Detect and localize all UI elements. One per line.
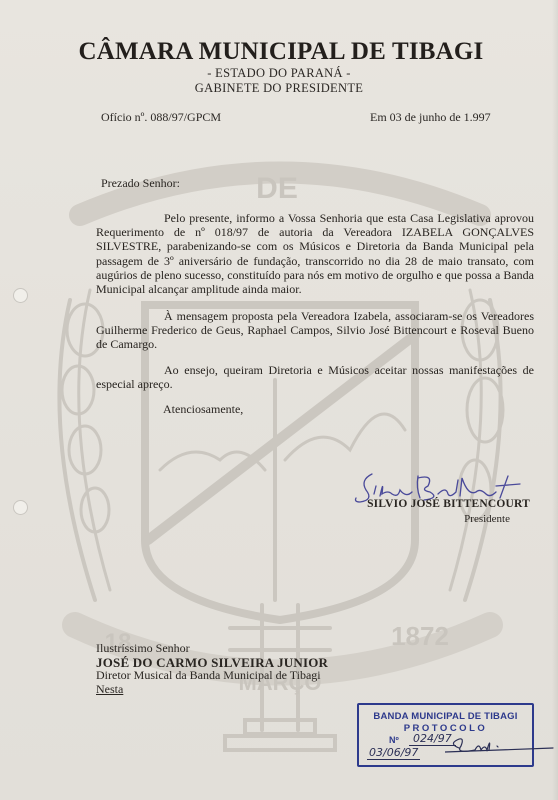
institution-title: CÂMARA MUNICIPAL DE TIBAGI bbox=[4, 38, 558, 66]
office-reference: Ofício nº. 088/97/GPCM bbox=[101, 110, 221, 125]
svg-text:DE: DE bbox=[256, 172, 298, 205]
state-line: - ESTADO DO PARANÁ - bbox=[0, 66, 558, 81]
signer-name: SILVIO JOSÉ BITTENCOURT bbox=[350, 498, 530, 510]
signer-role: Presidente bbox=[430, 513, 510, 525]
closing: Atenciosamente, bbox=[163, 402, 243, 417]
letterhead: CÂMARA MUNICIPAL DE TIBAGI - ESTADO DO P… bbox=[0, 38, 558, 96]
letter-date: Em 03 de junho de 1.997 bbox=[370, 110, 491, 125]
office-line: GABINETE DO PRESIDENTE bbox=[0, 81, 558, 96]
stamp-number-label: Nº bbox=[389, 735, 399, 745]
letter-page: DE 18 1872 MARÇO CÂMARA MUNICIPAL DE TIB… bbox=[0, 0, 558, 800]
recipient-greeting: Ilustríssimo Senhor bbox=[96, 642, 328, 656]
svg-text:1872: 1872 bbox=[391, 621, 449, 651]
body-paragraph: À mensagem proposta pela Vereadora Izabe… bbox=[96, 309, 534, 352]
recipient-title: Diretor Musical da Banda Municipal de Ti… bbox=[96, 669, 328, 683]
recipient-name: JOSÉ DO CARMO SILVEIRA JUNIOR bbox=[96, 656, 328, 670]
punch-hole bbox=[13, 500, 28, 515]
stamp-org: BANDA MUNICIPAL DE TIBAGI bbox=[359, 711, 532, 722]
body-paragraph: Pelo presente, informo a Vossa Senhoria … bbox=[96, 211, 534, 296]
page-edge-shadow bbox=[552, 0, 558, 800]
salutation: Prezado Senhor: bbox=[101, 176, 180, 191]
recipient-location: Nesta bbox=[96, 683, 328, 697]
stamp-initials bbox=[445, 734, 555, 758]
stamp-date: 03/06/97 bbox=[367, 746, 420, 760]
recipient-block: Ilustríssimo Senhor JOSÉ DO CARMO SILVEI… bbox=[96, 642, 328, 696]
punch-hole bbox=[13, 288, 28, 303]
body-paragraph: Ao ensejo, queiram Diretoria e Músicos a… bbox=[96, 363, 534, 391]
